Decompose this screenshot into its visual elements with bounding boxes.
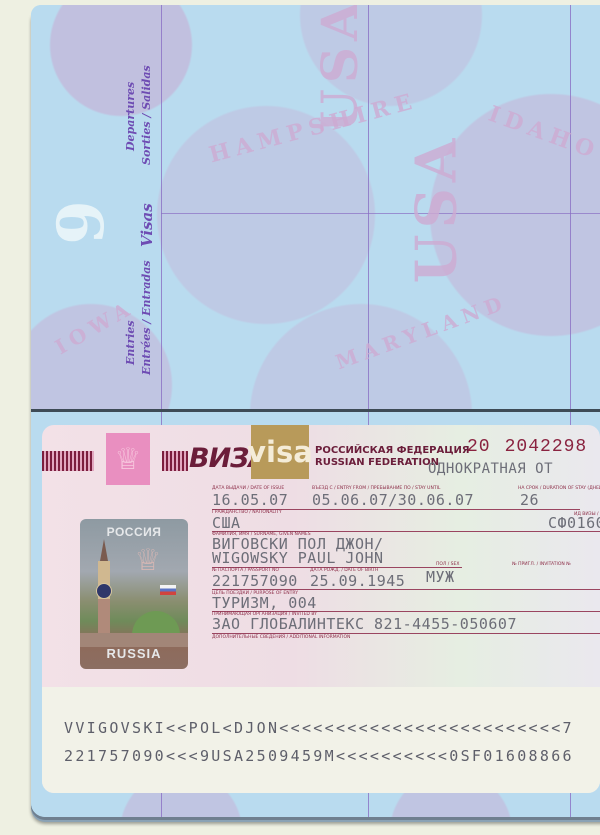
page-grid-line [570,5,571,409]
visa-number: 202042298 [467,437,587,457]
entry-type: ОДНОКРАТНАЯ ОТ [428,461,553,477]
security-hologram: РОССИЯ ♕ RUSSIA [80,519,188,669]
security-band [162,451,188,471]
page-number: 9 [44,200,119,245]
entries-label: Entries [124,320,137,365]
visa-serial: 2042298 [505,437,588,457]
machine-readable-zone: VVIGOVSKI<<POL<DJON<<<<<<<<<<<<<<<<<<<<<… [42,687,600,793]
hologram-text-en: RUSSIA [80,646,188,661]
visas-title: Visas [138,203,156,247]
watermark-usa: USA [403,133,469,284]
duration-value: 26 [520,491,539,509]
mrz-line-2: 221757090<<<9USA2509459M<<<<<<<<<<0SF016… [64,747,574,765]
double-headed-eagle-icon: ♕ [106,433,150,485]
double-headed-eagle-icon: ♕ [128,543,168,579]
country-ru: РОССИЙСКАЯ ФЕДЕРАЦИЯ [315,445,470,457]
invited-by-value: ЗАО ГЛОБАЛИНТЕКС 821-4455-050607 [212,615,517,633]
page-grid-line [161,213,600,214]
departures-label: Departures [124,82,137,151]
watermark-idaho: IDAHO [485,101,600,165]
page-grid-line [161,5,162,409]
departures-translation: Sorties / Salidas [140,65,153,165]
kremlin-wall-icon [80,633,188,647]
visa-series: 20 [467,437,491,457]
passport-visa-page: USA USA HAMPSHIRE IDAHO MARYLAND IOWA 9 … [31,5,600,409]
date-of-birth-value: 25.09.1945 [310,572,405,590]
date-of-issue-value: 16.05.07 [212,491,288,509]
entries-translation: Entrées / Entradas [140,260,153,375]
mrz-line-1: VVIGOVSKI<<POL<DJON<<<<<<<<<<<<<<<<<<<<<… [64,719,574,737]
russian-visa-sticker: ♕ ВИЗА visa РОССИЙСКАЯ ФЕДЕРАЦИЯ RUSSIAN… [42,425,600,793]
annotations-label: ДОПОЛНИТЕЛЬНЫЕ СВЕДЕНИЯ / ADDITIONAL INF… [212,635,350,640]
visa-id-value: СФ0160886 [548,514,600,532]
name-en-value: WIGOWSKY PAUL JOHN [212,549,384,567]
sex-label: ПОЛ / SEX [436,562,459,567]
security-band [42,451,94,471]
kremlin-dome-icon [132,611,180,635]
purpose-value: ТУРИЗМ, 004 [212,594,317,612]
passport-no-value: 221757090 [212,572,298,590]
clock-icon [96,583,112,599]
invitation-no-label: № ПРИГЛ. / INVITATION № [512,562,571,567]
visa-title-en: visa [251,425,309,479]
stay-dates-value: 05.06.07/30.06.07 [312,491,474,509]
sex-value: МУЖ [426,568,455,586]
nationality-value: США [212,514,241,532]
russian-flag-icon [160,585,176,595]
hologram-text-ru: РОССИЯ [80,525,188,539]
watermark-maryland: MARYLAND [332,290,510,375]
